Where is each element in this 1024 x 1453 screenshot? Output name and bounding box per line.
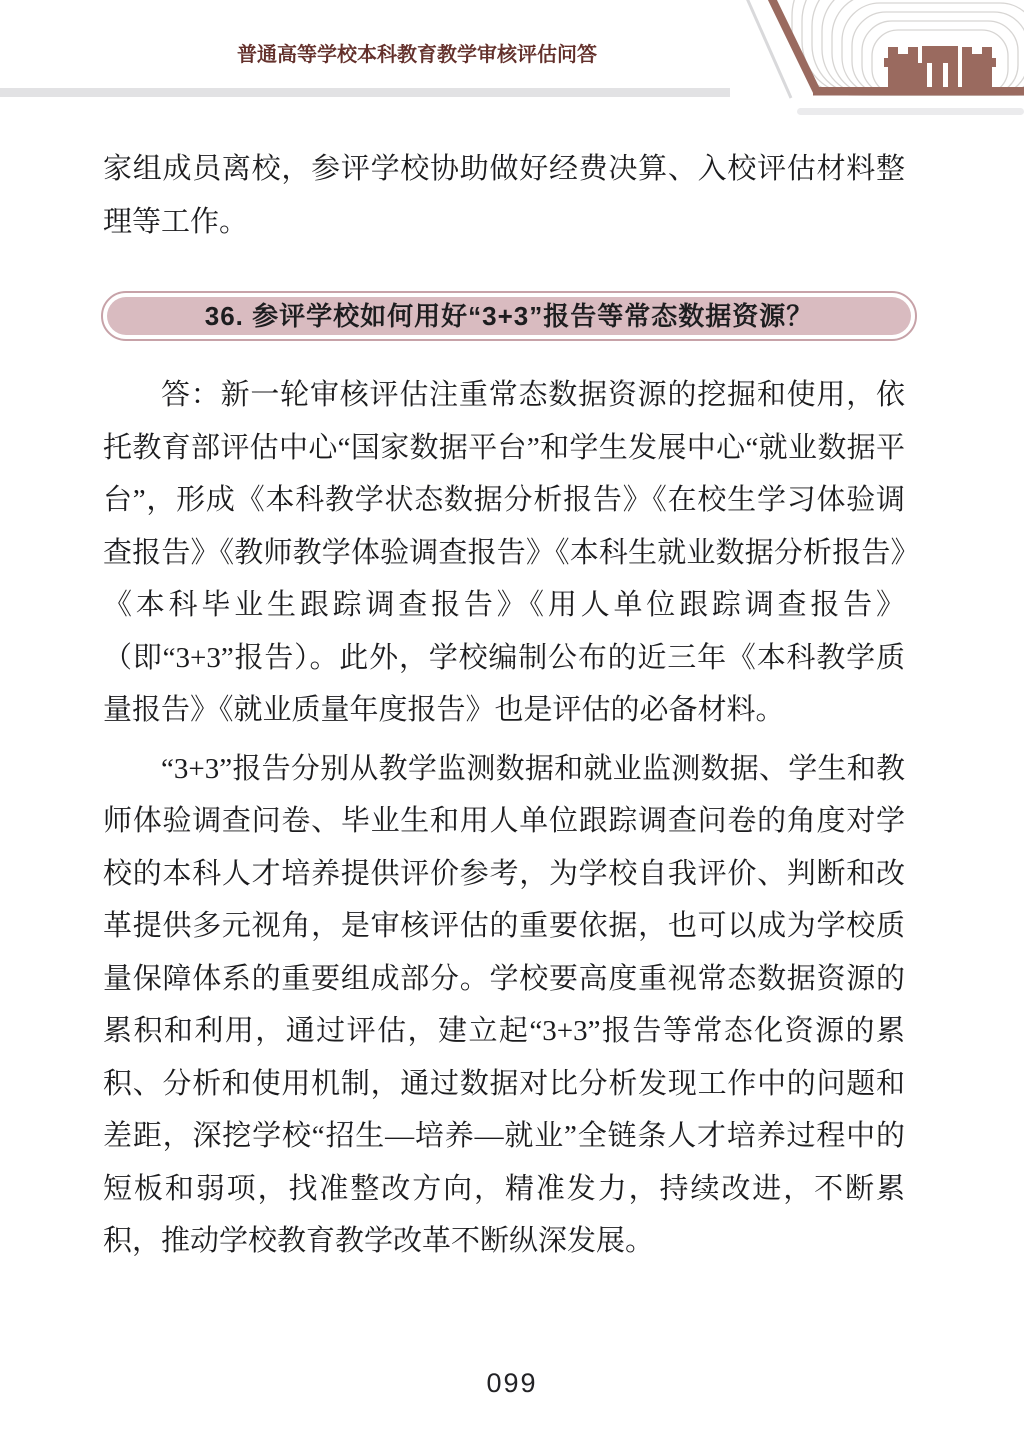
maroon-rule [813, 87, 1024, 96]
faint-sub-rule [797, 108, 1024, 115]
answer-paragraph: “3+3”报告分别从教学监测数据和就业监测数据、学生和教师体验调查问卷、毕业生和… [103, 743, 905, 1268]
paragraph-continuation: 家组成员离校，参评学校协助做好经费决算、入校评估材料整理等工作。 [103, 143, 905, 248]
university-gate-icon [884, 46, 996, 87]
page-content: 家组成员离校，参评学校协助做好经费决算、入校评估材料整理等工作。 36. 参评学… [103, 143, 905, 1268]
header-ornament [700, 0, 1024, 130]
header-rule [0, 88, 739, 97]
white-diagonal-band [730, 0, 820, 102]
running-head-title: 普通高等学校本科教育教学审核评估问答 [237, 44, 597, 66]
answer-paragraph: 答：新一轮审核评估注重常态数据资源的挖掘和使用，依托教育部评估中心“国家数据平台… [103, 369, 905, 737]
book-page: 普通高等学校本科教育教学审核评估问答 [0, 0, 1024, 1453]
page-number: 099 [0, 1368, 1024, 1399]
question-heading-box: 36. 参评学校如何用好“3+3”报告等常态数据资源？ [101, 291, 917, 341]
question-heading: 36. 参评学校如何用好“3+3”报告等常态数据资源？ [107, 297, 911, 335]
